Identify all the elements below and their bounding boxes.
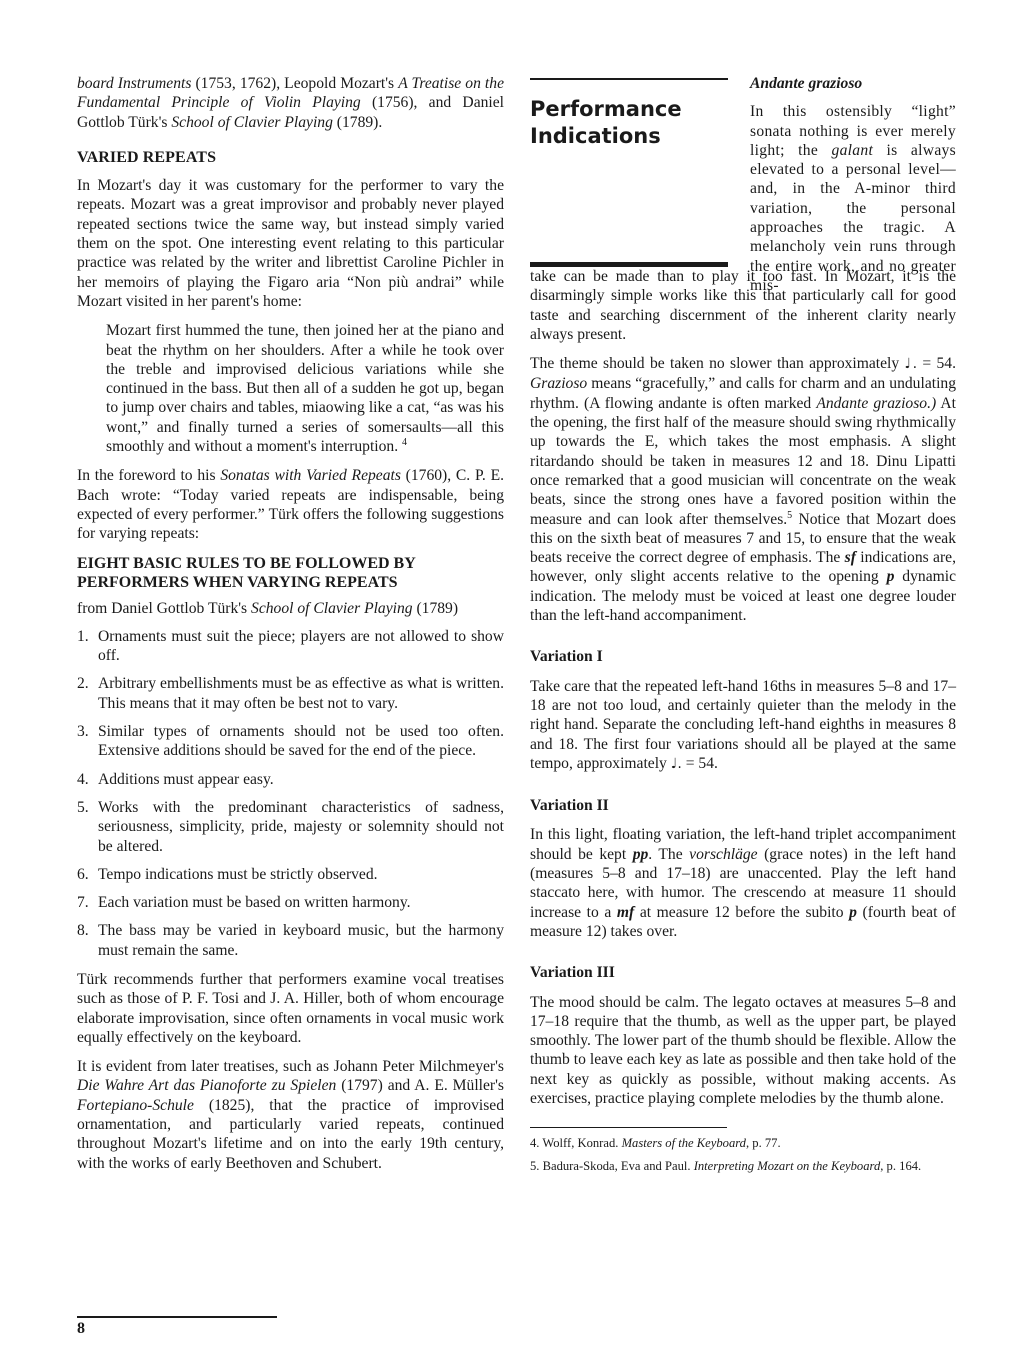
rules-list: 1.Ornaments must suit the piece; players… [77,627,504,960]
clavier-title: School of Clavier Playing [171,114,333,131]
rule-item: 5.Works with the predominant characteris… [77,798,504,856]
wahre-art-title: Die Wahre Art das Pianoforte zu Spielen [77,1077,336,1094]
theme-paragraph: The theme should be taken no slower than… [530,354,956,625]
rule-item: 4.Additions must appear easy. [77,770,504,789]
dotted-quarter-note-icon: ♩. [905,356,918,372]
rule-item: 1.Ornaments must suit the piece; players… [77,627,504,666]
rule-item: 8.The bass may be varied in keyboard mus… [77,921,504,960]
section-rule-bottom [530,262,728,267]
variation-2-heading: Variation II [530,796,956,815]
page-number: 8 [77,1320,85,1338]
rule-item: 7.Each variation must be based on writte… [77,893,504,912]
pichler-quote: Mozart first hummed the tune, then joine… [106,321,504,456]
section-title: Performance Indications [530,96,730,150]
variation-2-paragraph: In this light, floating variation, the l… [530,825,956,941]
intro-paragraph: board Instruments (1753, 1762), Leopold … [77,74,504,132]
rule-item: 6.Tempo indications must be strictly obs… [77,865,504,884]
variation-1-heading: Variation I [530,647,956,666]
performance-indications-block: Performance Indications Andante grazioso… [530,74,956,270]
sforzando-marking: sf [845,549,856,566]
pianissimo-marking: pp [633,846,649,863]
mezzo-forte-marking: mf [617,904,634,921]
piano-marking: p [849,904,857,921]
page-footer-rule [77,1316,277,1318]
turk-paragraph: Türk recommends further that performers … [77,970,504,1047]
dotted-quarter-note-icon: ♩. [671,756,682,772]
right-column: Performance Indications Andante grazioso… [530,74,956,1182]
variation-3-paragraph: The mood should be calm. The legato octa… [530,993,956,1109]
varied-repeats-paragraph: In Mozart's day it was customary for the… [77,176,504,311]
bach-paragraph: In the foreword to his Sonatas with Vari… [77,466,504,543]
varied-repeats-heading: VARIED REPEATS [77,148,504,167]
andante-intro: Andante grazioso In this ostensibly “lig… [750,74,956,295]
andante-heading: Andante grazioso [750,74,956,93]
rules-heading: EIGHT BASIC RULES TO BE FOLLOWED BY PERF… [77,554,504,592]
fortepiano-schule-title: Fortepiano-Schule [77,1097,194,1114]
variation-1-paragraph: Take care that the repeated left-hand 16… [530,677,956,774]
footnote-ref-4: 4 [402,437,407,448]
left-column: board Instruments (1753, 1762), Leopold … [77,74,504,1183]
footnote-5: 5. Badura-Skoda, Eva and Paul. Interpret… [530,1159,956,1174]
andante-paragraph: In this ostensibly “light” sonata nothin… [750,102,956,295]
footnote-4: 4. Wolff, Konrad. Masters of the Keyboar… [530,1136,956,1151]
intro-title-fragment: board Instruments [77,75,191,92]
footnote-divider [530,1127,727,1128]
variation-3-heading: Variation III [530,963,956,982]
section-rule-top [530,78,728,80]
rule-item: 3.Similar types of ornaments should not … [77,722,504,761]
rule-item: 2.Arbitrary embellishments must be as ef… [77,674,504,713]
rules-source: from Daniel Gottlob Türk's School of Cla… [77,599,504,618]
sonatas-title: Sonatas with Varied Repeats [220,467,401,484]
later-treatises-paragraph: It is evident from later treatises, such… [77,1057,504,1173]
